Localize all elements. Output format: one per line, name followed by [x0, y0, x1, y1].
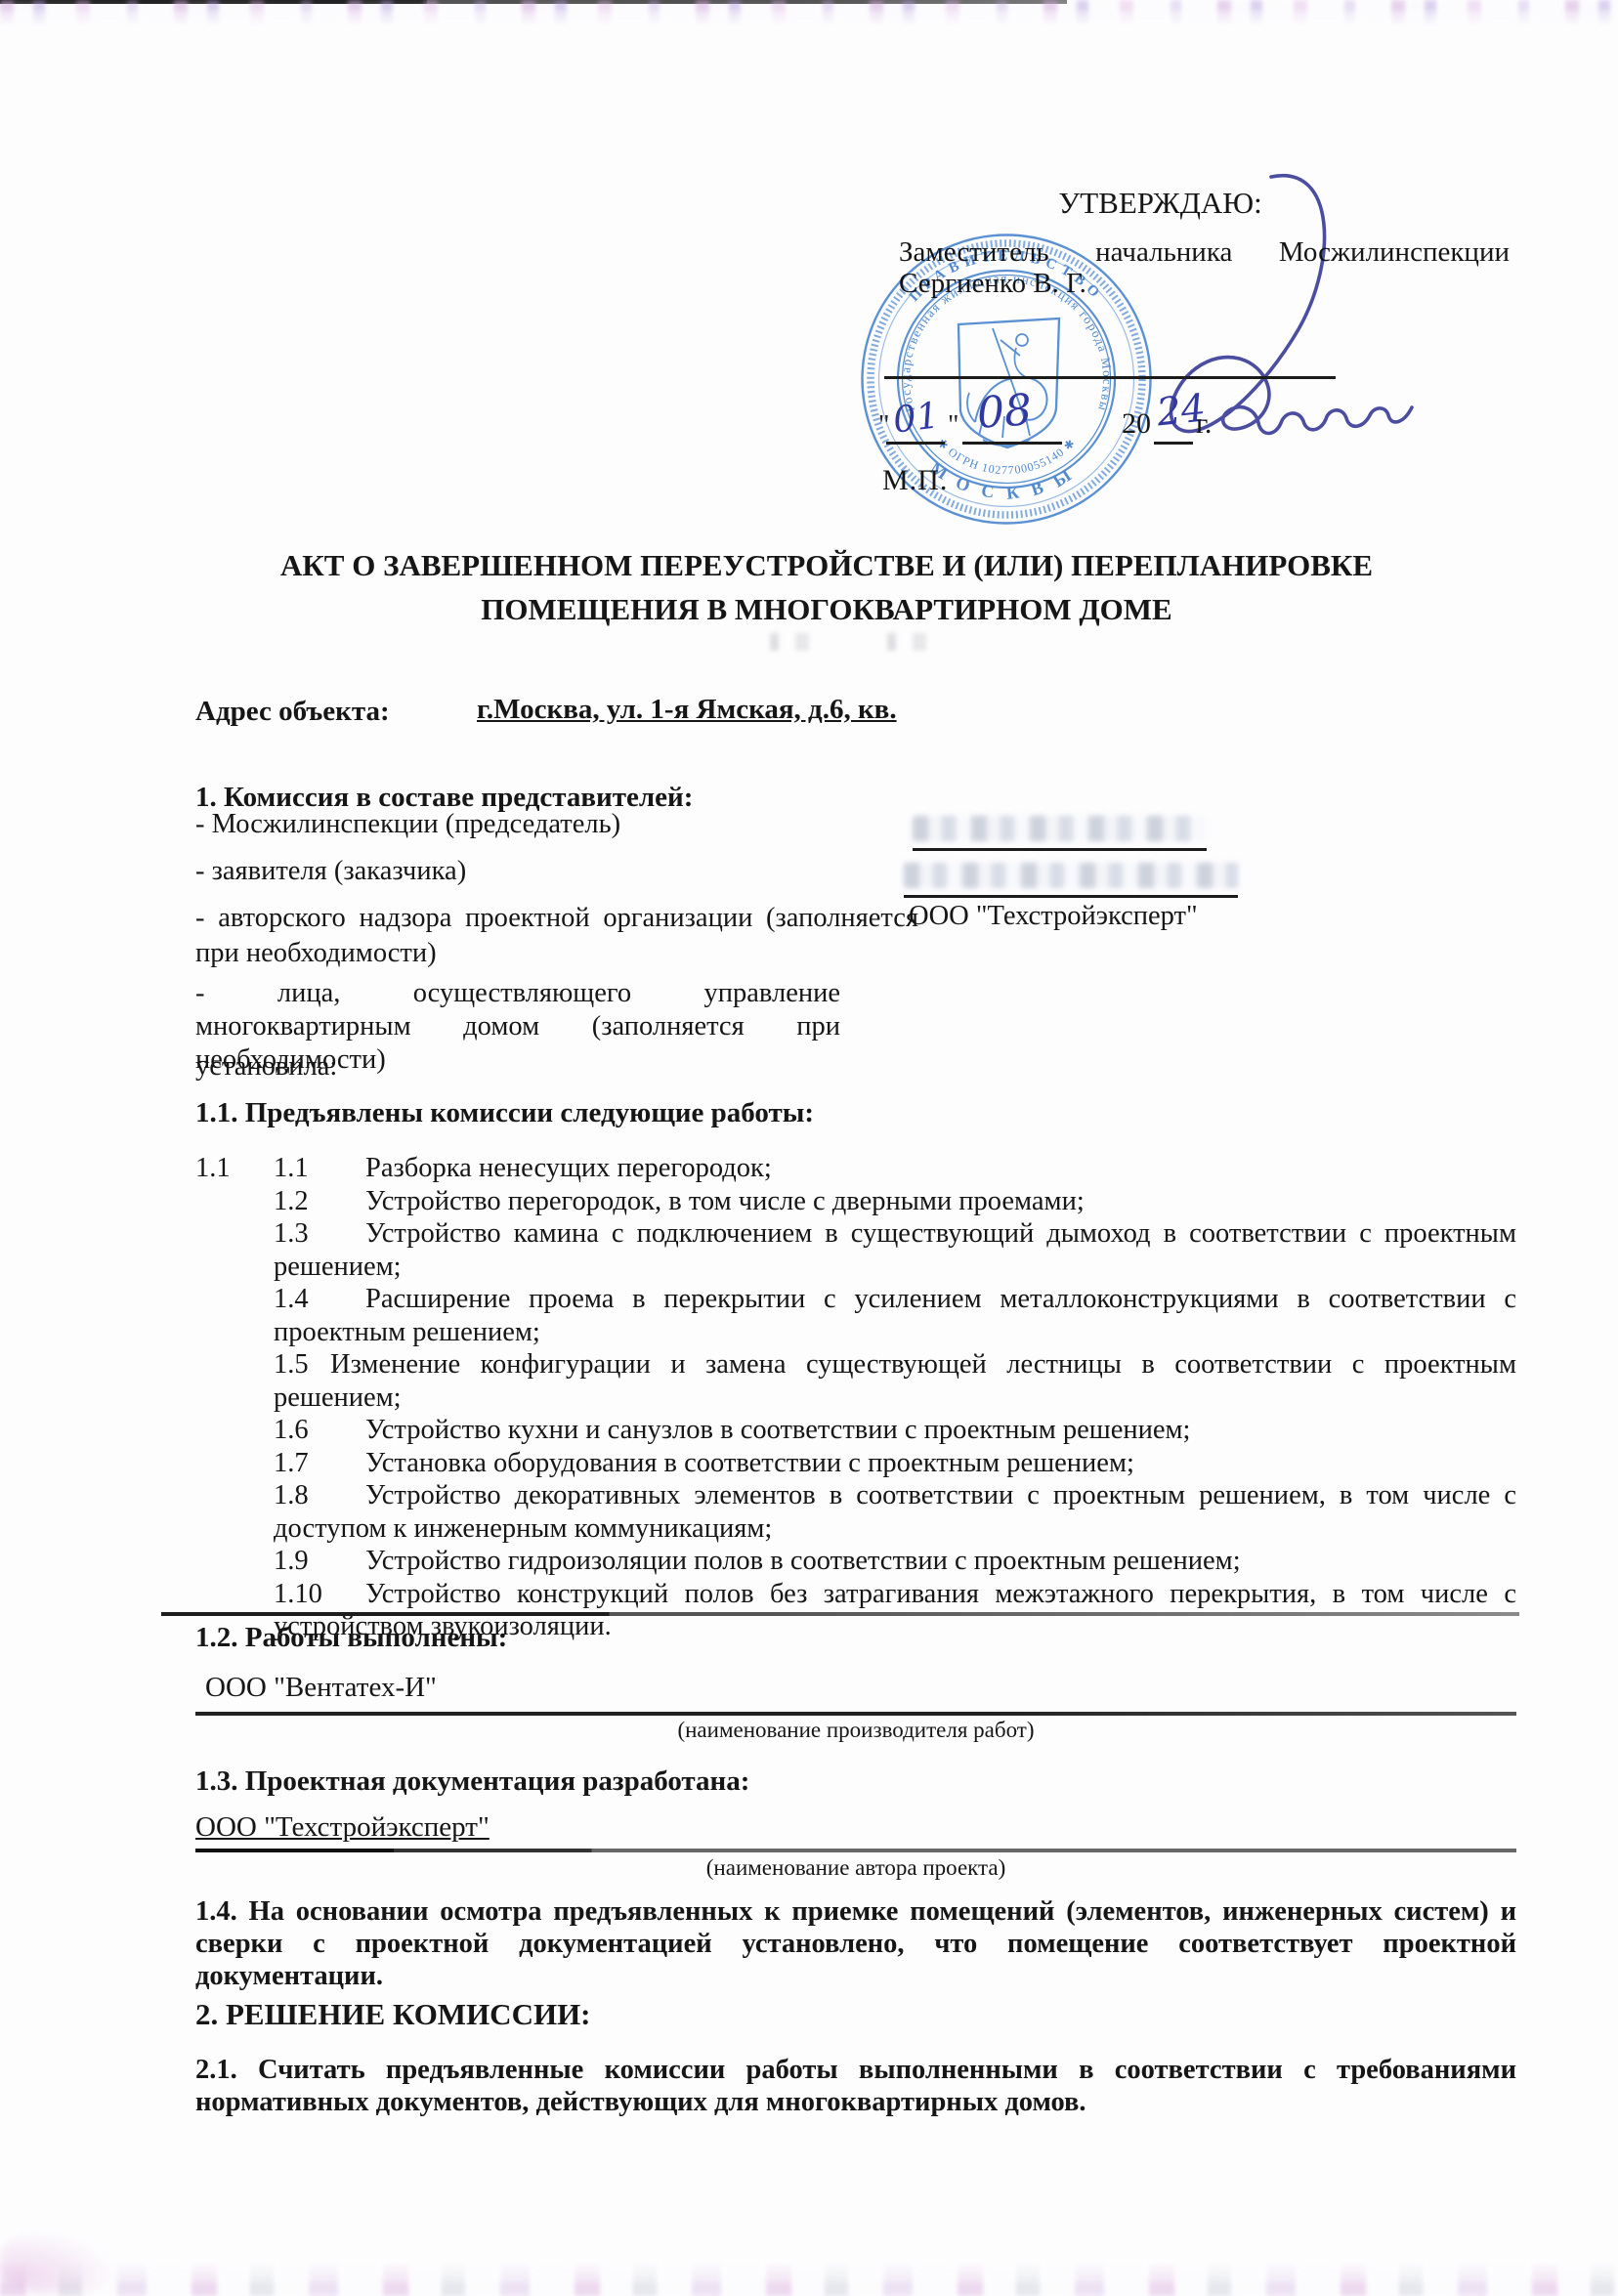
work-item: 1.2Устройство перегородок, в том числе с…	[274, 1185, 1516, 1218]
work-item-number: 1.5	[274, 1348, 330, 1382]
commission-field-line	[904, 895, 1238, 898]
commission-row-label: - авторского надзора проектной организац…	[195, 901, 918, 971]
commission-row-label: - заявителя (заказчика)	[195, 854, 466, 889]
scan-artifact-blob	[0, 2230, 117, 2294]
work-item-text: Устройство перегородок, в том числе с дв…	[365, 1186, 1085, 1216]
scan-noise-bottom	[0, 2261, 1618, 2296]
address-value: г.Москва, ул. 1-я Ямская, д.6, кв.	[477, 694, 897, 726]
date-day-handwritten: 01	[891, 394, 942, 441]
work-item-text: Изменение конфигурации и замена существу…	[274, 1349, 1516, 1413]
work-item-number: 1.6	[274, 1414, 365, 1447]
work-item-text: Устройство гидроизоляции полов в соответ…	[365, 1546, 1241, 1576]
date-year-suffix: г.	[1196, 407, 1212, 441]
date-open-quote: "	[878, 410, 889, 442]
section12-field-line	[195, 1712, 1516, 1716]
work-item-text: Разборка ненесущих перегородок;	[365, 1153, 772, 1183]
scan-noise-top	[0, 0, 1618, 27]
section12-heading: 1.2. Работы выполнены:	[195, 1622, 507, 1654]
document-page: УТВЕРЖДАЮ: Заместитель начальника Мосжил…	[0, 0, 1618, 2296]
work-item: 1.3Устройство камина с подключением в су…	[274, 1217, 1516, 1283]
stamp-place-label: М.П.	[882, 464, 948, 497]
date-close-quote: "	[948, 410, 958, 442]
work-item: 1.1Разборка ненесущих перегородок;	[274, 1152, 1516, 1185]
section13-heading: 1.3. Проектная документация разработана:	[195, 1765, 749, 1798]
commission-row-label: - Мосжилинспекции (председатель)	[195, 807, 620, 842]
commission-field-line	[913, 848, 1207, 851]
decision-paragraph: 2.1. Считать предъявленные комиссии рабо…	[195, 2054, 1516, 2118]
work-item-text: Устройство декоративных элементов в соот…	[274, 1480, 1516, 1544]
commission-footer: установила:	[195, 1051, 337, 1083]
section12-value: ООО "Вентатех-И"	[205, 1672, 437, 1704]
title-line-2: ПОМЕЩЕНИЯ В МНОГОКВАРТИРНОМ ДОМЕ	[166, 587, 1487, 631]
work-item-text: Устройство кухни и санузлов в соответств…	[365, 1415, 1190, 1445]
work-item-number: 1.7	[274, 1447, 365, 1480]
work-item-number: 1.10	[274, 1578, 365, 1611]
work-item-number: 1.2	[274, 1185, 365, 1218]
work-item: 1.7Установка оборудования в соответствии…	[274, 1447, 1516, 1480]
work-item-number: 1.4	[274, 1283, 365, 1316]
work-item-number: 1.3	[274, 1217, 365, 1251]
address-label: Адрес объекта:	[195, 696, 390, 728]
date-year-prefix: 20	[1122, 407, 1151, 441]
signature-underline	[884, 376, 1336, 379]
work-item: 1.9Устройство гидроизоляции полов в соот…	[274, 1545, 1516, 1578]
works-margin-note: 1.1	[195, 1152, 231, 1185]
section13-field-line	[195, 1849, 1516, 1852]
work-item-text: Устройство камина с подключением в сущес…	[274, 1218, 1516, 1282]
section14-paragraph: 1.4. На основании осмотра предъявленных …	[195, 1895, 1516, 1992]
redacted-entry	[904, 863, 1238, 888]
date-year-underline	[1154, 442, 1193, 445]
date-day-underline	[886, 442, 945, 445]
decision-heading: 2. РЕШЕНИЕ КОМИССИИ:	[195, 1997, 591, 2032]
title-line-1: АКТ О ЗАВЕРШЕННОМ ПЕРЕУСТРОЙСТВЕ И (ИЛИ)…	[166, 543, 1487, 587]
scan-ghost-marks	[770, 633, 965, 651]
work-item: 1.5Изменение конфигурации и замена сущес…	[274, 1348, 1516, 1414]
work-item-number: 1.8	[274, 1479, 365, 1512]
work-item: 1.6Устройство кухни и санузлов в соответ…	[274, 1414, 1516, 1447]
work-item-number: 1.1	[274, 1152, 365, 1185]
work-item-number: 1.9	[274, 1545, 365, 1578]
section13-value: ООО "Техстройэксперт"	[195, 1811, 490, 1844]
date-month-handwritten: 08	[975, 385, 1033, 439]
section13-caption: (наименование автора проекта)	[195, 1855, 1516, 1881]
work-item-text: Установка оборудования в соответствии с …	[365, 1448, 1134, 1478]
section12-caption: (наименование производителя работ)	[195, 1718, 1516, 1743]
work-item: 1.4Расширение проема в перекрытии с усил…	[274, 1283, 1516, 1348]
redacted-entry	[913, 816, 1206, 841]
document-title: АКТ О ЗАВЕРШЕННОМ ПЕРЕУСТРОЙСТВЕ И (ИЛИ)…	[166, 543, 1487, 631]
commission-row-value: ООО "Техстройэксперт"	[909, 901, 1198, 932]
date-month-underline	[962, 442, 1062, 445]
work-item: 1.8Устройство декоративных элементов в с…	[274, 1479, 1516, 1545]
works-heading: 1.1. Предъявлены комиссии следующие рабо…	[195, 1097, 814, 1129]
work-item-text: Расширение проема в перекрытии с усилени…	[274, 1284, 1516, 1347]
works-end-line	[161, 1612, 1519, 1616]
works-list: 1.1 1.1Разборка ненесущих перегородок; 1…	[274, 1152, 1516, 1643]
